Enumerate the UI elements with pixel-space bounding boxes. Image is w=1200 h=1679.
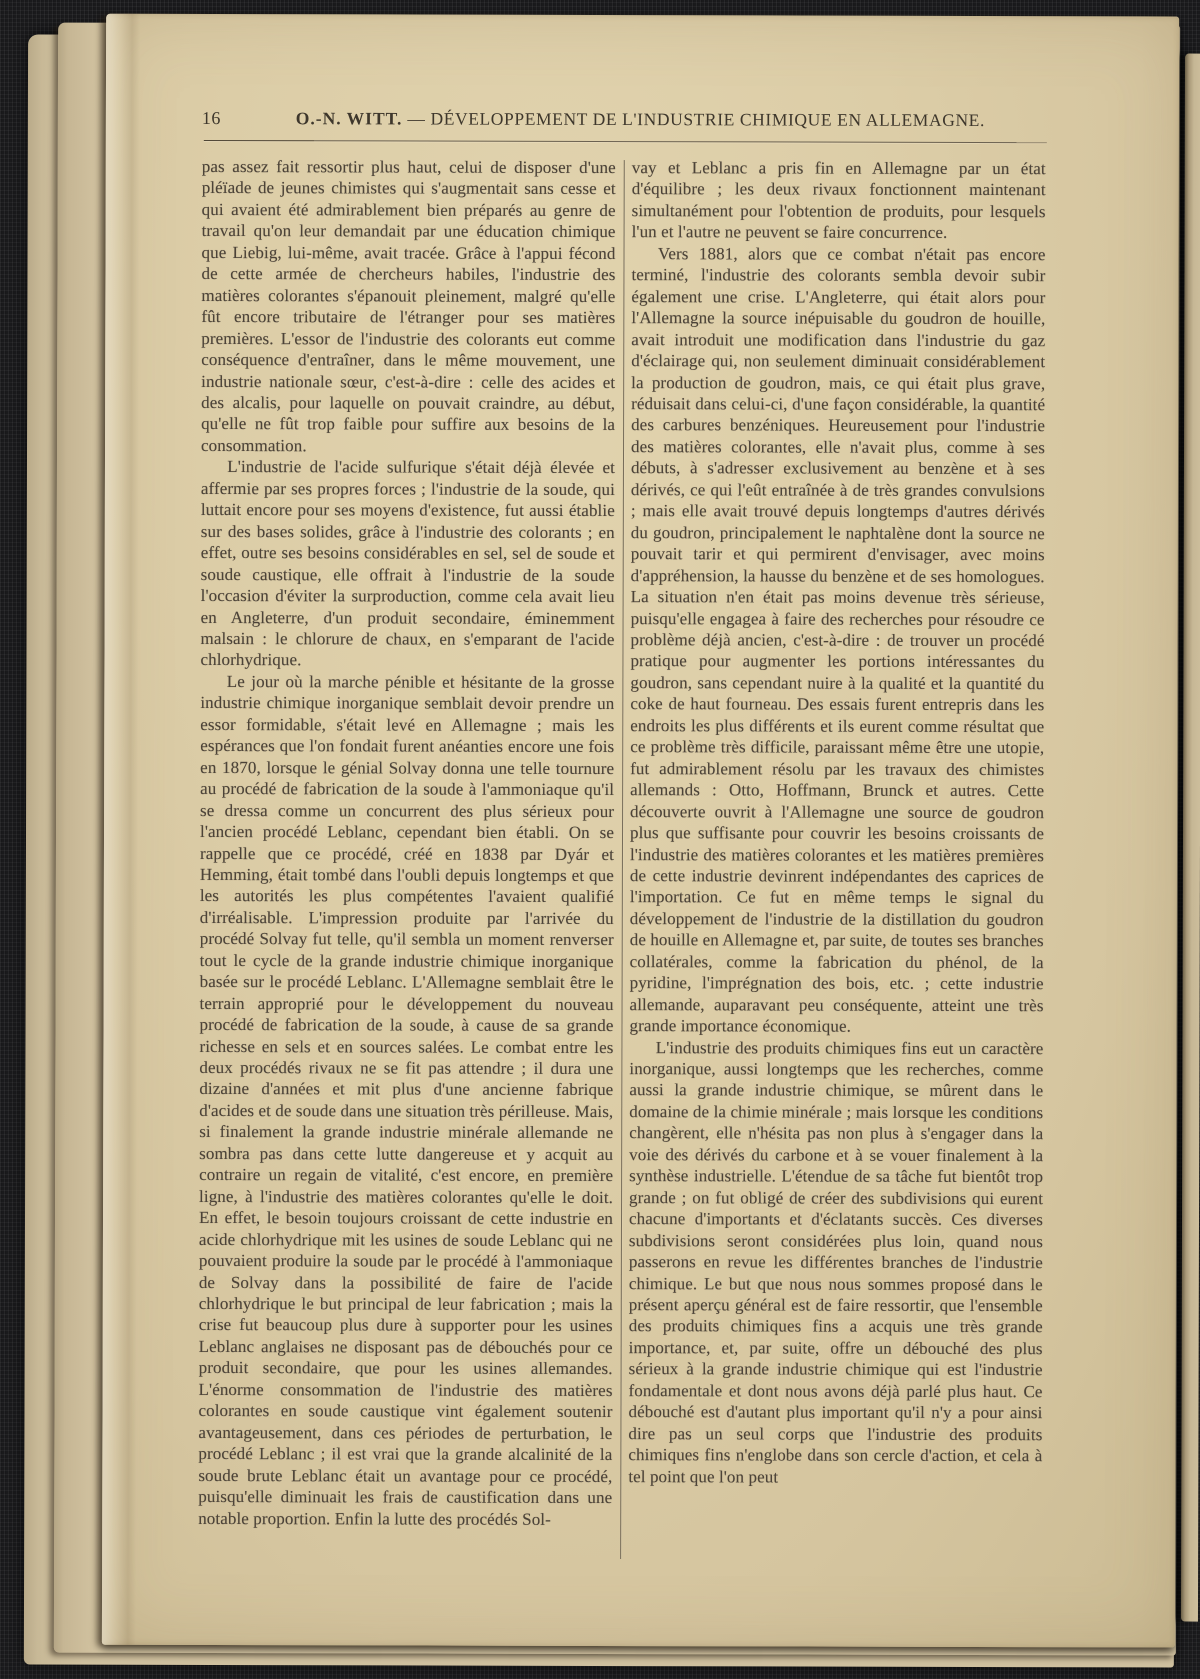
paragraph: Vers 1881, alors que ce combat n'était p…	[629, 243, 1045, 1038]
running-head-author: O.-N. WITT.	[296, 108, 403, 128]
paragraph: L'industrie de l'acide sulfurique s'étai…	[200, 456, 615, 672]
running-head: O.-N. WITT. — DÉVELOPPEMENT DE L'INDUSTR…	[236, 108, 1045, 131]
text-columns: pas assez fait ressortir plus haut, celu…	[198, 156, 1179, 1561]
page: 16 O.-N. WITT. — DÉVELOPPEMENT DE L'INDU…	[102, 14, 1179, 1648]
paragraph-continuation: pas assez fait ressortir plus haut, celu…	[201, 156, 616, 457]
adjacent-page-edge	[1181, 54, 1200, 1622]
page-number: 16	[202, 108, 236, 129]
paragraph: Le jour où la marche pénible et hésitant…	[198, 671, 614, 1530]
running-head-title: — DÉVELOPPEMENT DE L'INDUSTRIE CHIMIQUE …	[402, 108, 985, 130]
page-header: 16 O.-N. WITT. — DÉVELOPPEMENT DE L'INDU…	[202, 108, 1045, 131]
paragraph-continuation: vay et Leblanc a pris fin en Allemagne p…	[632, 157, 1046, 244]
column-right: vay et Leblanc a pris fin en Allemagne p…	[628, 157, 1046, 1560]
header-rule	[204, 140, 1047, 143]
book-scan: 16 O.-N. WITT. — DÉVELOPPEMENT DE L'INDU…	[0, 0, 1200, 1679]
column-divider	[620, 160, 625, 1559]
paragraph: L'industrie des produits chimiques fins …	[628, 1037, 1043, 1489]
column-left: pas assez fait ressortir plus haut, celu…	[198, 156, 616, 1559]
